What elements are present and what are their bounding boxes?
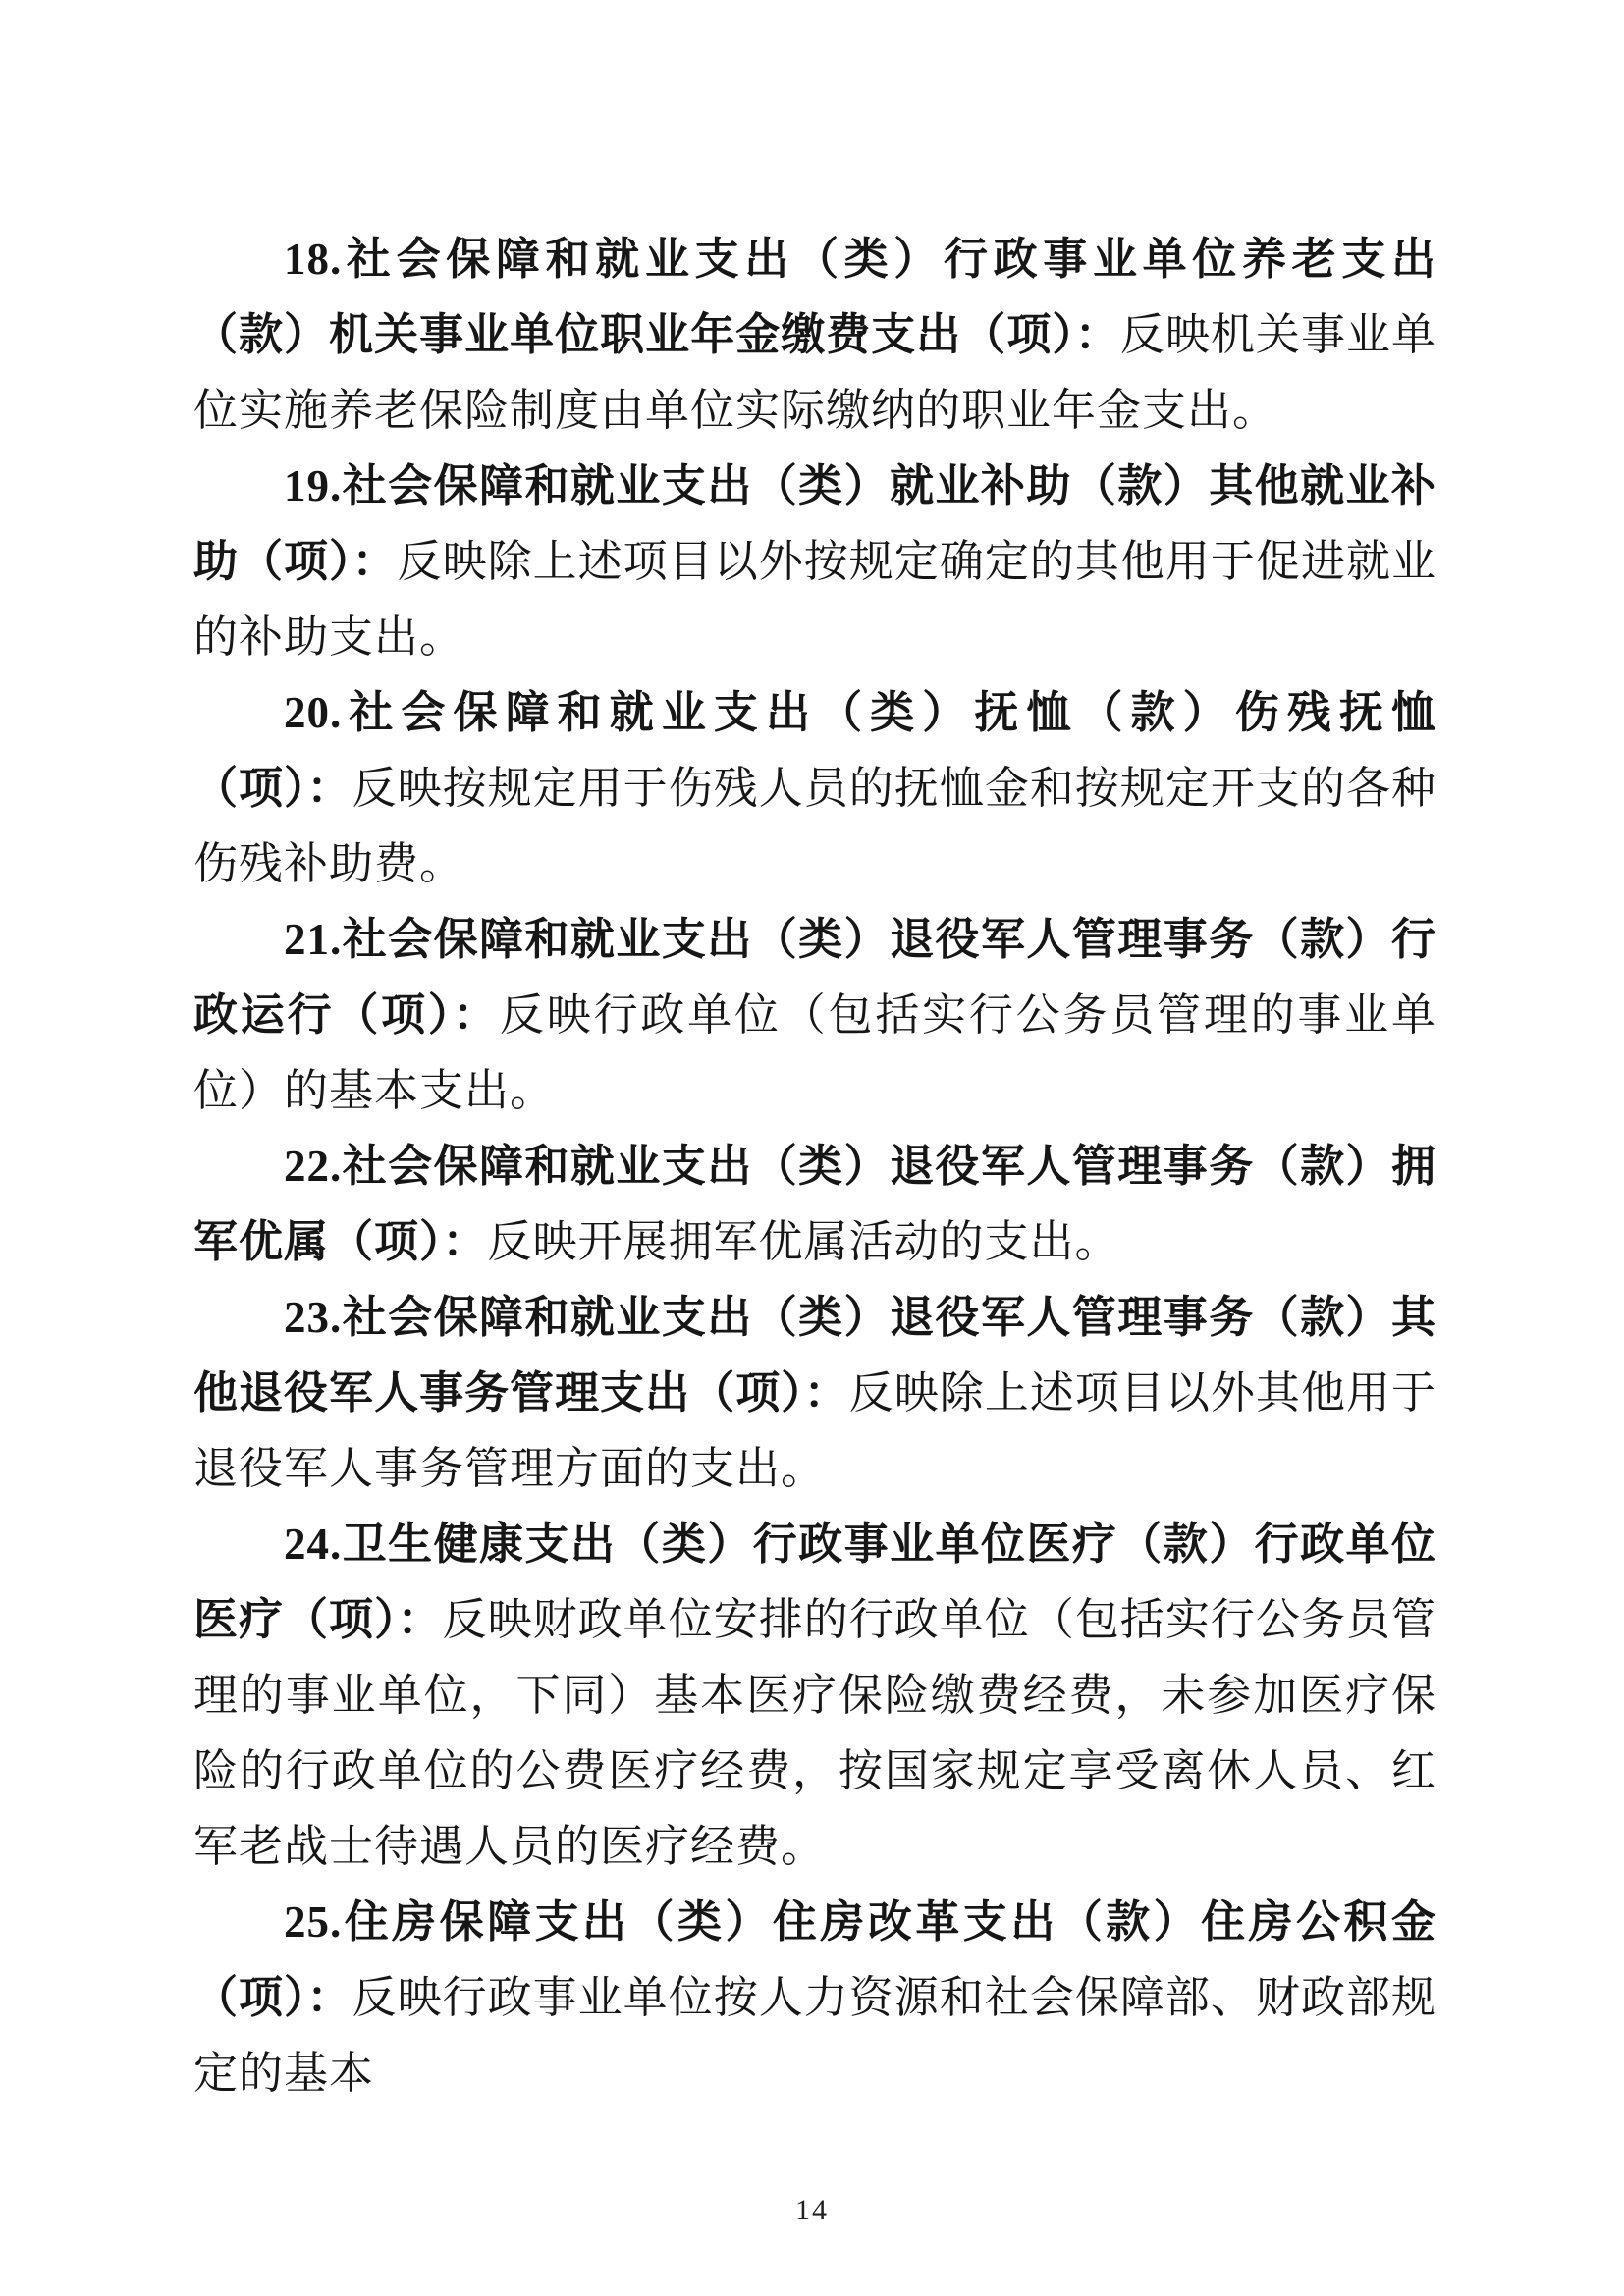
paragraph-21: 21.社会保障和就业支出（类）退役军人管理事务（款）行政运行（项）：反映行政单位… <box>193 902 1436 1129</box>
document-body: 18.社会保障和就业支出（类）行政事业单位养老支出（款）机关事业单位职业年金缴费… <box>193 222 1436 2111</box>
paragraph-19: 19.社会保障和就业支出（类）就业补助（款）其他就业补助（项）：反映除上述项目以… <box>193 449 1436 675</box>
paragraph-20: 20.社会保障和就业支出（类）抚恤（款）伤残抚恤（项）：反映按规定用于伤残人员的… <box>193 675 1436 902</box>
paragraph-24: 24.卫生健康支出（类）行政事业单位医疗（款）行政单位医疗（项）：反映财政单位安… <box>193 1507 1436 1885</box>
clause-25-text: 反映行政事业单位按人力资源和社会保障部、财政部规定的基本 <box>193 1973 1436 2098</box>
page-number: 14 <box>0 2194 1624 2227</box>
clause-22-text: 反映开展拥军优属活动的支出。 <box>488 1217 1120 1266</box>
paragraph-18: 18.社会保障和就业支出（类）行政事业单位养老支出（款）机关事业单位职业年金缴费… <box>193 222 1436 449</box>
paragraph-25: 25.住房保障支出（类）住房改革支出（款）住房公积金（项）：反映行政事业单位按人… <box>193 1885 1436 2111</box>
clause-20-text: 反映按规定用于伤残人员的抚恤金和按规定开支的各种伤残补助费。 <box>193 764 1436 888</box>
document-page: 18.社会保障和就业支出（类）行政事业单位养老支出（款）机关事业单位职业年金缴费… <box>0 0 1624 2296</box>
paragraph-22: 22.社会保障和就业支出（类）退役军人管理事务（款）拥军优属（项）：反映开展拥军… <box>193 1129 1436 1280</box>
paragraph-23: 23.社会保障和就业支出（类）退役军人管理事务（款）其他退役军人事务管理支出（项… <box>193 1280 1436 1507</box>
